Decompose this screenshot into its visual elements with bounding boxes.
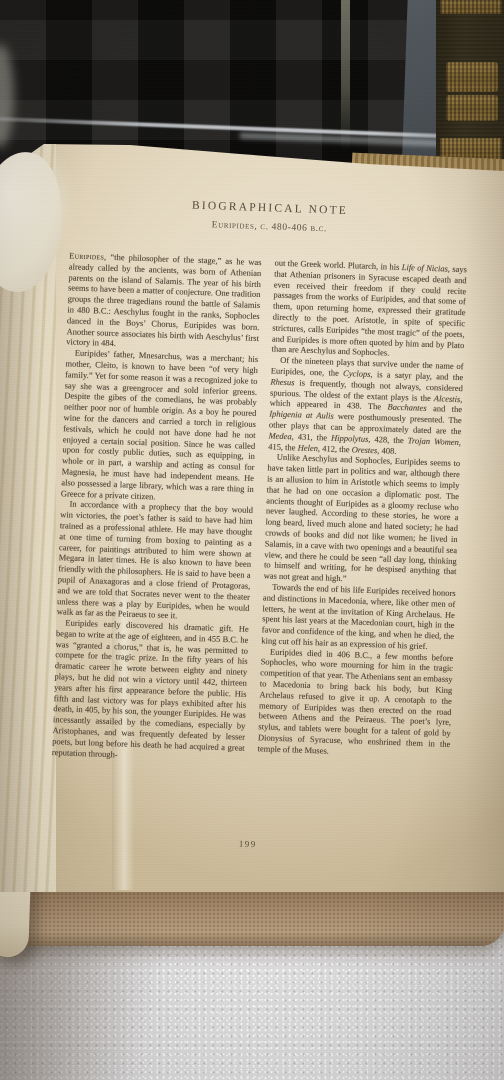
paragraph: Euripides’ father, Mnesarchus, was a mer… [61, 347, 259, 505]
text-segment: and the [427, 403, 463, 414]
text-segment: Towards the end of his life Euripides re… [261, 582, 456, 651]
text-column-left: Euripides, “the philosopher of the stage… [49, 250, 261, 831]
text-segment: Orestes [352, 444, 378, 455]
spine-gold-emblem [446, 62, 498, 92]
spine-gold-band [440, 0, 502, 14]
paragraph: out the Greek world. Plutarch, in his Li… [271, 258, 467, 362]
printed-page: BIOGRAPHICAL NOTE Euripides, c. 480-406 … [49, 195, 469, 855]
text-segment: In accordance with a prophecy that the b… [57, 499, 253, 621]
text-segment: Euripides, [69, 250, 107, 261]
text-segment: , 408. [377, 445, 396, 456]
text-segment: , 428, the [368, 434, 408, 445]
text-segment: Rhesus [270, 376, 294, 387]
shelf-gap-highlight [341, 0, 350, 150]
text-segment: Unlike Aeschylus and Sophocles, Euripide… [263, 452, 460, 583]
text-segment: Hippolytus [331, 432, 369, 443]
text-segment: Medea [268, 430, 291, 441]
paragraph: Euripides early discovered his dramatic … [52, 617, 249, 764]
paragraph: Euripides, “the philosopher of the stage… [66, 250, 262, 354]
text-segment: Life of Nicias [402, 262, 449, 274]
text-segment: , 431, the [292, 431, 332, 442]
text-column-right: out the Greek world. Plutarch, in his Li… [255, 258, 467, 839]
text-segment: Bacchantes [387, 402, 427, 413]
text-segment: Helen [298, 442, 319, 453]
text-segment: , 412, the [318, 443, 352, 454]
paragraph: Towards the end of his life Euripides re… [261, 581, 456, 652]
text-segment: Alcestis [434, 393, 461, 404]
book-photo: BIOGRAPHICAL NOTE Euripides, c. 480-406 … [0, 0, 504, 1080]
text-segment: “the philosopher of the stage,” as he wa… [66, 252, 262, 349]
text-columns: Euripides, “the philosopher of the stage… [49, 250, 467, 839]
paragraph: In accordance with a prophecy that the b… [57, 499, 254, 624]
text-segment: Euripides died in 406 B.C., a few months… [257, 646, 453, 755]
background-highlight [0, 44, 14, 148]
text-segment: Euripides’ father, Mnesarchus, was a mer… [61, 348, 259, 501]
paragraph: Euripides died in 406 B.C., a few months… [257, 646, 453, 761]
paragraph: Unlike Aeschylus and Sophocles, Euripide… [263, 452, 460, 588]
paragraph: Of the nineteen plays that survive under… [268, 355, 464, 459]
text-segment: , says that Athenian prisoners in Syracu… [271, 264, 467, 358]
text-segment: Trojan Women [408, 435, 459, 447]
spine-gold-emblem [446, 95, 498, 121]
text-segment: Cyclops [343, 368, 371, 379]
text-segment: Euripides early discovered his dramatic … [52, 618, 249, 759]
